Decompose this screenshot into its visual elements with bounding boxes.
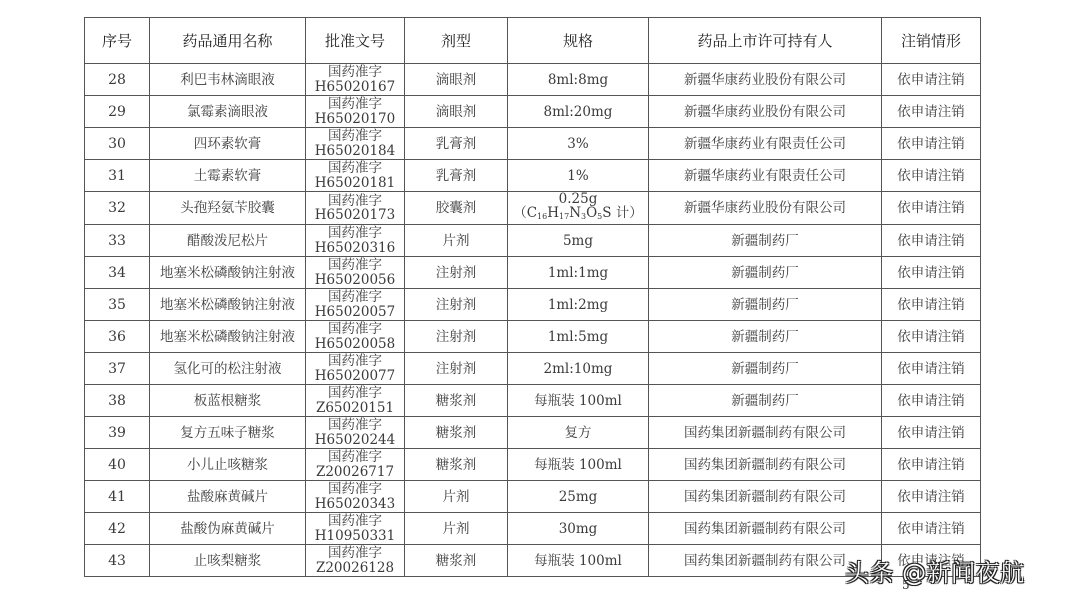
cell-specification: 每瓶装 100ml [508, 545, 649, 577]
cell-drug-name: 地塞米松磷酸钠注射液 [150, 321, 306, 353]
approval-prefix: 国药准字 [306, 322, 404, 337]
cell-drug-name: 小儿止咳糖浆 [150, 449, 306, 481]
table-row: 40小儿止咳糖浆国药准字Z20026717糖浆剂每瓶装 100ml国药集团新疆制… [85, 449, 981, 481]
header-license-holder: 药品上市许可持有人 [649, 18, 882, 64]
table-row: 42盐酸伪麻黄碱片国药准字H10950331片剂30mg国药集团新疆制药有限公司… [85, 513, 981, 545]
cell-license-holder: 新疆制药厂 [649, 225, 882, 257]
approval-code: Z20026128 [306, 561, 404, 576]
header-specification: 规格 [508, 18, 649, 64]
cell-cancellation-status: 依申请注销 [882, 353, 981, 385]
cell-approval-number: 国药准字H65020167 [306, 64, 405, 96]
approval-code: H65020316 [306, 241, 404, 256]
table-row: 32头孢羟氨苄胶囊国药准字H65020173胶囊剂0.25g（C16H17N3O… [85, 192, 981, 225]
cell-cancellation-status: 依申请注销 [882, 128, 981, 160]
approval-prefix: 国药准字 [306, 258, 404, 273]
cell-dosage-form: 片剂 [405, 225, 508, 257]
cell-drug-name: 醋酸泼尼松片 [150, 225, 306, 257]
cell-dosage-form: 糖浆剂 [405, 545, 508, 577]
cell-license-holder: 新疆制药厂 [649, 289, 882, 321]
cell-dosage-form: 注射剂 [405, 321, 508, 353]
approval-prefix: 国药准字 [306, 97, 404, 112]
cell-serial-no: 43 [85, 545, 150, 577]
approval-code: H65020058 [306, 337, 404, 352]
cell-serial-no: 33 [85, 225, 150, 257]
approval-prefix: 国药准字 [306, 514, 404, 529]
cell-serial-no: 36 [85, 321, 150, 353]
cell-dosage-form: 胶囊剂 [405, 192, 508, 225]
cell-specification: 8ml:20mg [508, 96, 649, 128]
cell-drug-name: 氢化可的松注射液 [150, 353, 306, 385]
cell-specification: 每瓶装 100ml [508, 385, 649, 417]
cell-license-holder: 新疆华康药业股份有限公司 [649, 192, 882, 225]
cell-cancellation-status: 依申请注销 [882, 513, 981, 545]
cell-license-holder: 新疆华康药业股份有限公司 [649, 96, 882, 128]
cell-serial-no: 41 [85, 481, 150, 513]
cell-license-holder: 国药集团新疆制药有限公司 [649, 513, 882, 545]
cell-drug-name: 氯霉素滴眼液 [150, 96, 306, 128]
cell-approval-number: 国药准字Z65020151 [306, 385, 405, 417]
cell-specification: 1ml:5mg [508, 321, 649, 353]
cell-license-holder: 新疆制药厂 [649, 257, 882, 289]
table-row: 38板蓝根糖浆国药准字Z65020151糖浆剂每瓶装 100ml新疆制药厂依申请… [85, 385, 981, 417]
cell-cancellation-status: 依申请注销 [882, 449, 981, 481]
cell-cancellation-status: 依申请注销 [882, 64, 981, 96]
cell-serial-no: 30 [85, 128, 150, 160]
cell-cancellation-status: 依申请注销 [882, 289, 981, 321]
approval-code: H65020077 [306, 369, 404, 384]
table-row: 37氢化可的松注射液国药准字H65020077注射剂2ml:10mg新疆制药厂依… [85, 353, 981, 385]
header-cancellation-status: 注销情形 [882, 18, 981, 64]
cell-approval-number: 国药准字H65020057 [306, 289, 405, 321]
cell-dosage-form: 滴眼剂 [405, 64, 508, 96]
cell-specification: 3% [508, 128, 649, 160]
watermark: 头条 @新闻夜航 [845, 553, 1025, 588]
cell-specification: 1ml:2mg [508, 289, 649, 321]
header-drug-name: 药品通用名称 [150, 18, 306, 64]
cell-license-holder: 新疆华康药业有限责任公司 [649, 128, 882, 160]
cell-approval-number: 国药准字Z20026128 [306, 545, 405, 577]
cell-drug-name: 土霉素软膏 [150, 160, 306, 192]
cell-license-holder: 国药集团新疆制药有限公司 [649, 449, 882, 481]
cell-license-holder: 国药集团新疆制药有限公司 [649, 481, 882, 513]
cell-drug-name: 盐酸麻黄碱片 [150, 481, 306, 513]
drug-cancellation-table: 序号 药品通用名称 批准文号 剂型 规格 药品上市许可持有人 注销情形 28利巴… [84, 17, 981, 577]
approval-prefix: 国药准字 [306, 290, 404, 305]
cell-dosage-form: 糖浆剂 [405, 385, 508, 417]
approval-code: H65020056 [306, 273, 404, 288]
cell-drug-name: 地塞米松磷酸钠注射液 [150, 257, 306, 289]
approval-prefix: 国药准字 [306, 65, 404, 80]
approval-prefix: 国药准字 [306, 129, 404, 144]
cell-serial-no: 34 [85, 257, 150, 289]
approval-code: Z20026717 [306, 465, 404, 480]
cell-approval-number: 国药准字H65020343 [306, 481, 405, 513]
table-row: 41盐酸麻黄碱片国药准字H65020343片剂25mg国药集团新疆制药有限公司依… [85, 481, 981, 513]
cell-specification: 0.25g（C16H17N3O5S 计） [508, 192, 649, 225]
cell-drug-name: 利巴韦林滴眼液 [150, 64, 306, 96]
cell-cancellation-status: 依申请注销 [882, 417, 981, 449]
cell-drug-name: 头孢羟氨苄胶囊 [150, 192, 306, 225]
cell-serial-no: 35 [85, 289, 150, 321]
approval-prefix: 国药准字 [306, 194, 404, 209]
approval-prefix: 国药准字 [306, 418, 404, 433]
cell-cancellation-status: 依申请注销 [882, 225, 981, 257]
approval-code: H10950331 [306, 529, 404, 544]
spec-line-2: （C16H17N3O5S 计） [508, 206, 648, 224]
cell-cancellation-status: 依申请注销 [882, 321, 981, 353]
approval-code: H65020057 [306, 305, 404, 320]
cell-drug-name: 盐酸伪麻黄碱片 [150, 513, 306, 545]
cell-specification: 每瓶装 100ml [508, 449, 649, 481]
cell-specification: 2ml:10mg [508, 353, 649, 385]
table-header-row: 序号 药品通用名称 批准文号 剂型 规格 药品上市许可持有人 注销情形 [85, 18, 981, 64]
cell-serial-no: 39 [85, 417, 150, 449]
approval-code: H65020181 [306, 176, 404, 191]
cell-approval-number: 国药准字Z20026717 [306, 449, 405, 481]
approval-code: H65020343 [306, 497, 404, 512]
cell-drug-name: 复方五味子糖浆 [150, 417, 306, 449]
approval-prefix: 国药准字 [306, 386, 404, 401]
cell-serial-no: 29 [85, 96, 150, 128]
approval-prefix: 国药准字 [306, 226, 404, 241]
cell-approval-number: 国药准字H65020058 [306, 321, 405, 353]
cell-dosage-form: 糖浆剂 [405, 417, 508, 449]
cell-approval-number: 国药准字H65020056 [306, 257, 405, 289]
cell-cancellation-status: 依申请注销 [882, 96, 981, 128]
cell-specification: 25mg [508, 481, 649, 513]
cell-dosage-form: 注射剂 [405, 257, 508, 289]
cell-license-holder: 新疆华康药业股份有限公司 [649, 64, 882, 96]
cell-drug-name: 止咳梨糖浆 [150, 545, 306, 577]
approval-prefix: 国药准字 [306, 354, 404, 369]
cell-serial-no: 37 [85, 353, 150, 385]
header-approval-number: 批准文号 [306, 18, 405, 64]
cell-specification: 复方 [508, 417, 649, 449]
page-number: 5 [902, 578, 910, 592]
cell-cancellation-status: 依申请注销 [882, 160, 981, 192]
approval-prefix: 国药准字 [306, 450, 404, 465]
table-row: 34地塞米松磷酸钠注射液国药准字H65020056注射剂1ml:1mg新疆制药厂… [85, 257, 981, 289]
cell-dosage-form: 片剂 [405, 513, 508, 545]
table-row: 31土霉素软膏国药准字H65020181乳膏剂1%新疆华康药业有限责任公司依申请… [85, 160, 981, 192]
cell-dosage-form: 乳膏剂 [405, 128, 508, 160]
cell-serial-no: 38 [85, 385, 150, 417]
approval-prefix: 国药准字 [306, 161, 404, 176]
cell-license-holder: 新疆华康药业有限责任公司 [649, 160, 882, 192]
cell-approval-number: 国药准字H65020181 [306, 160, 405, 192]
cell-dosage-form: 糖浆剂 [405, 449, 508, 481]
cell-drug-name: 板蓝根糖浆 [150, 385, 306, 417]
cell-drug-name: 地塞米松磷酸钠注射液 [150, 289, 306, 321]
cell-cancellation-status: 依申请注销 [882, 385, 981, 417]
cell-approval-number: 国药准字H65020316 [306, 225, 405, 257]
cell-specification: 8ml:8mg [508, 64, 649, 96]
cell-specification: 1% [508, 160, 649, 192]
approval-code: H65020244 [306, 433, 404, 448]
approval-code: H65020173 [306, 208, 404, 223]
cell-dosage-form: 片剂 [405, 481, 508, 513]
cell-cancellation-status: 依申请注销 [882, 481, 981, 513]
approval-prefix: 国药准字 [306, 546, 404, 561]
cell-approval-number: 国药准字H65020077 [306, 353, 405, 385]
cell-dosage-form: 乳膏剂 [405, 160, 508, 192]
cell-serial-no: 31 [85, 160, 150, 192]
table-row: 29氯霉素滴眼液国药准字H65020170滴眼剂8ml:20mg新疆华康药业股份… [85, 96, 981, 128]
cell-specification: 30mg [508, 513, 649, 545]
approval-prefix: 国药准字 [306, 482, 404, 497]
cell-license-holder: 新疆制药厂 [649, 353, 882, 385]
cell-cancellation-status: 依申请注销 [882, 192, 981, 225]
table-row: 33醋酸泼尼松片国药准字H65020316片剂5mg新疆制药厂依申请注销 [85, 225, 981, 257]
cell-approval-number: 国药准字H65020170 [306, 96, 405, 128]
cell-license-holder: 新疆制药厂 [649, 321, 882, 353]
cell-serial-no: 32 [85, 192, 150, 225]
table-row: 30四环素软膏国药准字H65020184乳膏剂3%新疆华康药业有限责任公司依申请… [85, 128, 981, 160]
cell-license-holder: 新疆制药厂 [649, 385, 882, 417]
cell-approval-number: 国药准字H10950331 [306, 513, 405, 545]
table-row: 39复方五味子糖浆国药准字H65020244糖浆剂复方国药集团新疆制药有限公司依… [85, 417, 981, 449]
header-serial-no: 序号 [85, 18, 150, 64]
cell-license-holder: 国药集团新疆制药有限公司 [649, 417, 882, 449]
cell-dosage-form: 注射剂 [405, 289, 508, 321]
spec-line-1: 0.25g [508, 192, 648, 206]
approval-code: Z65020151 [306, 401, 404, 416]
cell-serial-no: 40 [85, 449, 150, 481]
cell-approval-number: 国药准字H65020184 [306, 128, 405, 160]
table-row: 35地塞米松磷酸钠注射液国药准字H65020057注射剂1ml:2mg新疆制药厂… [85, 289, 981, 321]
table-row: 28利巴韦林滴眼液国药准字H65020167滴眼剂8ml:8mg新疆华康药业股份… [85, 64, 981, 96]
cell-dosage-form: 滴眼剂 [405, 96, 508, 128]
cell-drug-name: 四环素软膏 [150, 128, 306, 160]
cell-serial-no: 28 [85, 64, 150, 96]
cell-cancellation-status: 依申请注销 [882, 257, 981, 289]
table-body: 28利巴韦林滴眼液国药准字H65020167滴眼剂8ml:8mg新疆华康药业股份… [85, 64, 981, 577]
cell-approval-number: 国药准字H65020244 [306, 417, 405, 449]
cell-specification: 1ml:1mg [508, 257, 649, 289]
cell-approval-number: 国药准字H65020173 [306, 192, 405, 225]
approval-code: H65020167 [306, 80, 404, 95]
approval-code: H65020184 [306, 144, 404, 159]
cell-serial-no: 42 [85, 513, 150, 545]
approval-code: H65020170 [306, 112, 404, 127]
header-dosage-form: 剂型 [405, 18, 508, 64]
cell-dosage-form: 注射剂 [405, 353, 508, 385]
cell-specification: 5mg [508, 225, 649, 257]
table-row: 36地塞米松磷酸钠注射液国药准字H65020058注射剂1ml:5mg新疆制药厂… [85, 321, 981, 353]
